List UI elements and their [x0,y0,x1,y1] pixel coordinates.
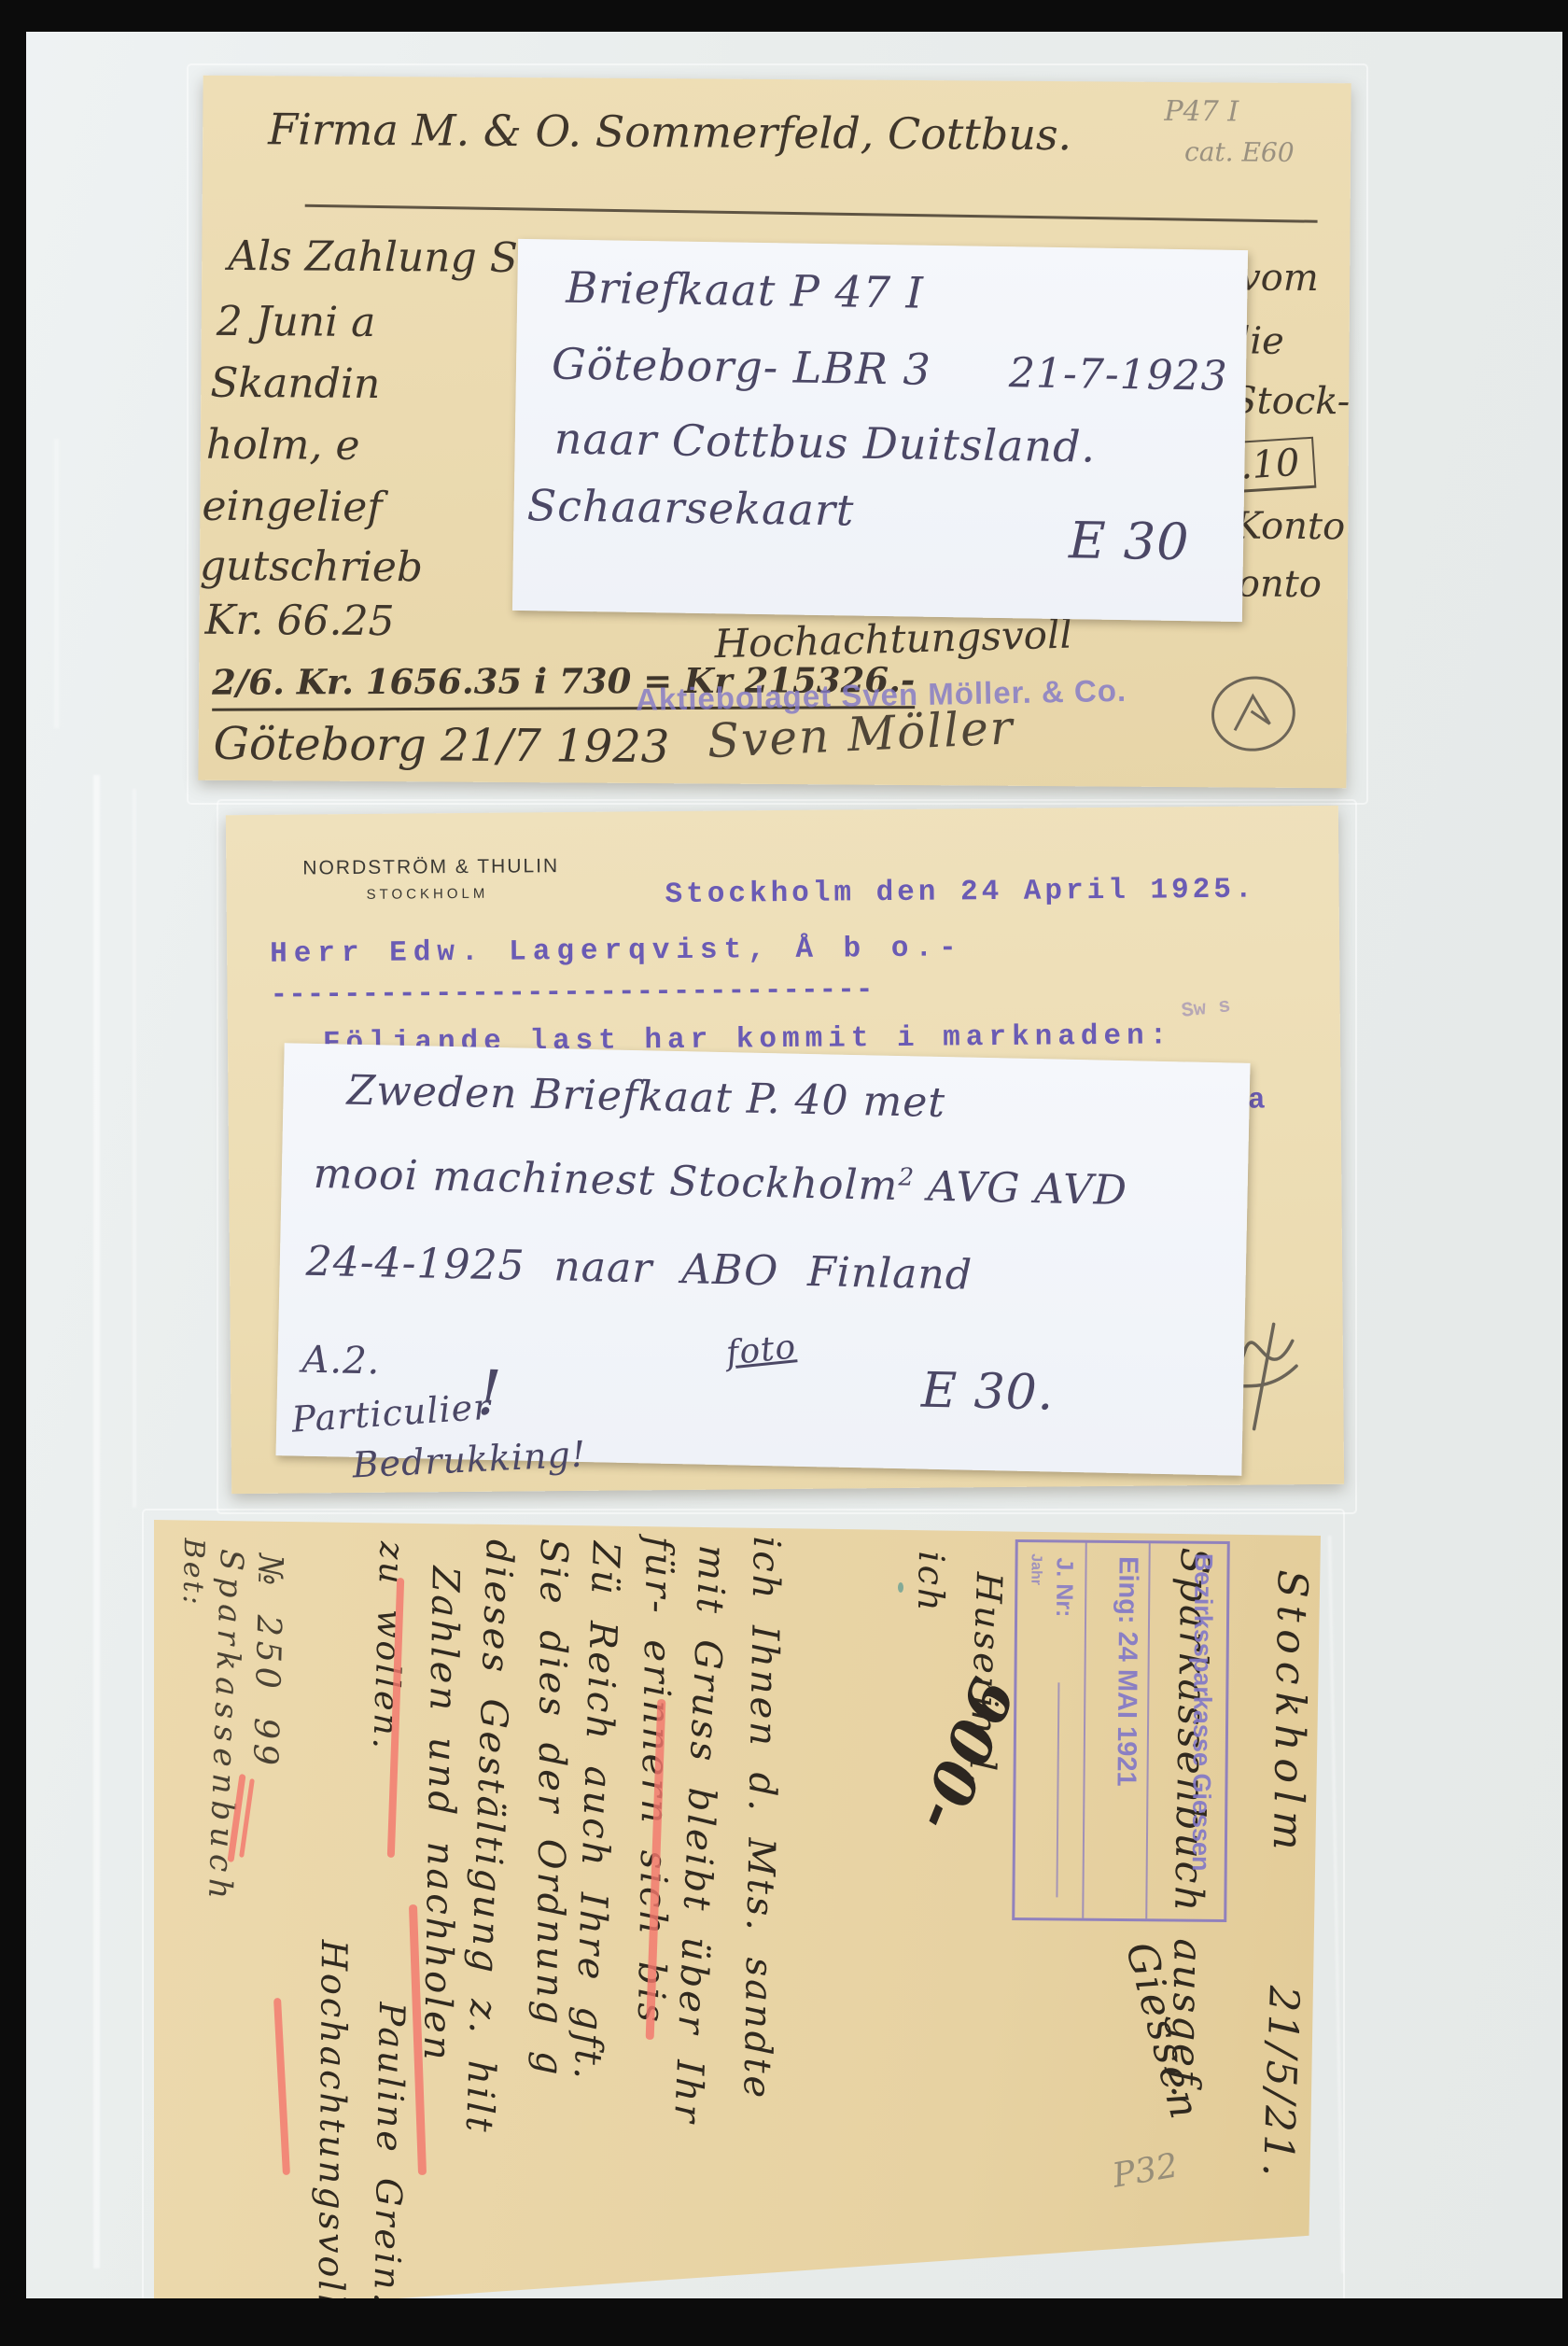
stamp-divider [1082,1543,1087,1918]
vertical-date: 21/5/21. [1253,1985,1308,2180]
note-price: E 30 [1069,511,1190,571]
note-line: A.2. [301,1339,381,1384]
vertical-line: Zahlen und nachholen [415,1566,467,2063]
sleeve-reflection [54,439,59,728]
pencil-catalog-note: P47 I [1164,95,1239,129]
letter-line-fragment: Stock- [1231,379,1350,423]
note-exclamation: ! [476,1357,503,1430]
vertical-annotation: Bet: [176,1538,210,1608]
vertical-signature: Pauline Grein. [366,2002,413,2307]
stamp-bank-name: Bezirkssparkasse Giessen [1186,1553,1218,1872]
note-line-tail: AVG AVD [927,1163,1127,1215]
letter-line-fragment: holm, e [206,421,360,470]
stamp-year-label: Jahr [1027,1553,1043,1585]
note-line: Schaarsekaart [526,480,855,536]
vertical-place: Stockholm [1264,1569,1316,1858]
bank-receipt-stamp: Bezirkssparkasse Giessen Eing: 24 MAI 19… [1012,1539,1230,1922]
header-underline [305,204,1318,223]
pencil-type-reference: P32 [1110,2146,1181,2196]
letter-line-fragment: vom [1239,256,1319,300]
stamp-divider [1145,1543,1151,1918]
letterhead-company: NORDSTRÖM & THULIN [302,855,559,879]
note-line: mooi machinest Stockholm2AVG AVD [313,1150,1127,1215]
note-line: Zweden Briefkaat P. 40 met [346,1067,945,1127]
red-crayon-mark [273,1998,290,2175]
pencil-catalog-note: cat. E60 [1184,136,1295,168]
closing-salutation: Hochachtungsvoll [714,611,1073,667]
note-foto-label: foto [724,1328,798,1372]
stamp-fill-in-line [1056,1682,1059,1897]
circle-check-glyph [1210,674,1296,752]
stamp-journal-number-label: J. Nr: [1050,1557,1078,1617]
frame-bar-top [0,0,1568,32]
ink-smudge: Sw s [1180,994,1231,1023]
dealer-note-1: Briefkaat P 47 I Göteborg- LBR 3 21-7-19… [512,239,1248,622]
vertical-line: ich [910,1551,952,1614]
frame-bar-left [0,0,26,2346]
note-price: E 30. [920,1363,1054,1422]
note-line: Göteborg- LBR 3 [552,338,932,394]
note-line: 24-4-1925 naar ABO Finland [305,1238,973,1299]
superscript-2: 2 [898,1163,915,1191]
ink-speck [898,1582,903,1593]
postcard-1921-bezirkssparkasse: Bet: Sparkassenbuch № 250 99 Hochachtung… [154,1520,1321,2315]
dealer-note-2: Zweden Briefkaat P. 40 met mooi machines… [275,1043,1250,1476]
note-date: 21-7-1923 [1009,349,1228,400]
vertical-annotation: № 250 99 [245,1553,289,1770]
sleeve-reflection [93,775,100,2269]
letter-line-fragment: gutschrieb [200,542,423,592]
card1-header-line: Firma M. & O. Sommerfeld, Cottbus. [268,104,1071,160]
handwritten-amount: 900- [902,1668,1027,1844]
letter-line-fragment: Kr. 66.25 [204,597,394,645]
typewritten-dashed-underline: --------------------------------- [270,974,874,1012]
sleeve-reflection [133,789,136,1508]
vertical-line: Zü Reich auch Ihre gft. [566,1540,627,2083]
pencil-circle-mark [1207,671,1300,756]
frame-bar-right [1562,0,1568,2346]
note-line: naar Cottbus Duitsland. [553,414,1096,472]
letter-line-fragment: Als Zahlung Sü [228,232,544,282]
letterhead-city: STOCKHOLM [367,886,489,903]
letter-line-fragment: 2 Juni a [217,298,376,346]
place-date-line: Göteborg 21/7 1923 [213,718,669,773]
vertical-line: ich Ihnen d. Mts. sandte [735,1536,788,2100]
frame-bar-bottom [0,2298,1568,2346]
letter-line-fragment: Konto [1234,504,1345,548]
vertical-line: zu wollen. [365,1541,411,1752]
typewritten-addressee: Herr Edw. Lagerqvist, Å b o.- [270,932,963,970]
letter-line-fragment: Skandin [210,359,380,408]
letter-line-fragment: eingelief [202,483,382,531]
stamp-received-date: Eing: 24 MAI 1921 [1110,1556,1142,1787]
vertical-line: dieses Gestältigung z. hilt [457,1538,521,2135]
photo-scan-stage: Firma M. & O. Sommerfeld, Cottbus. P47 I… [0,0,1568,2346]
note-line: Briefkaat P 47 I [566,262,924,318]
note-line-main: mooi machinest Stockholm [313,1150,899,1210]
typewritten-dateline: Stockholm den 24 April 1925. [665,874,1255,912]
letter-line-fragment: onto [1238,562,1322,606]
note-line: Particulier [290,1386,492,1440]
vertical-closing: Hochachtungsvoll [311,1940,355,2309]
